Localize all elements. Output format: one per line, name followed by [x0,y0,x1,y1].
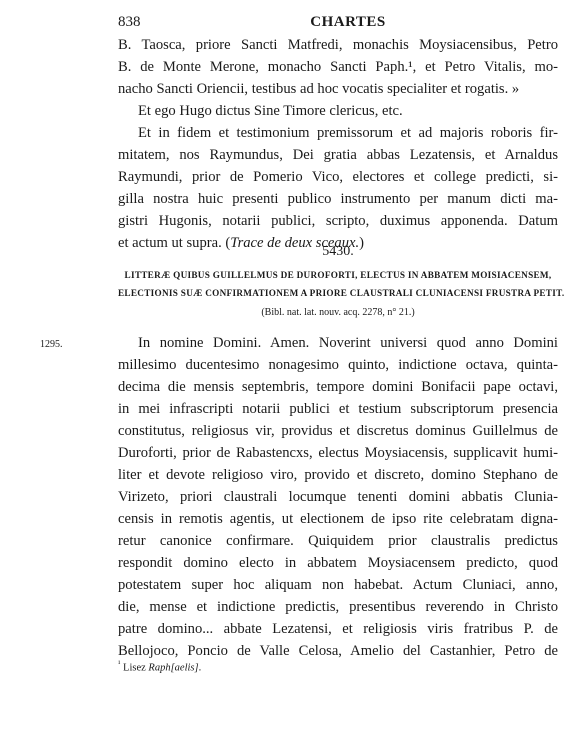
text-line: millesimo ducentesimo nonagesimo quinto,… [118,354,558,376]
text-line: Et in fidem et testimonium premissorum e… [118,122,558,144]
charter-body: In nomine Domini. Amen. Noverint univers… [118,332,558,662]
text-line: potestatem super hoc aliquam non habebat… [118,574,558,596]
document-title-line2: ELECTIONIS SUÆ CONFIRMATIONEM A PRIORE C… [118,288,558,298]
text-line: B. Taosca, priore Sancti Matfredi, monac… [118,34,558,56]
text-line: patre domino... abbate Lezatensi, et rel… [118,618,558,640]
preceding-charter-end: B. Taosca, priore Sancti Matfredi, monac… [118,34,558,254]
text-line: constitutus, religiosus vir, providus et… [118,420,558,442]
text-line: In nomine Domini. Amen. Noverint univers… [118,332,558,354]
scanned-page: 838 CHARTES B. Taosca, priore Sancti Mat… [0,0,580,745]
running-title: CHARTES [258,14,438,31]
page-header: 838 CHARTES [118,14,558,34]
document-title-line1: LITTERÆ QUIBUS GUILLELMUS DE DUROFORTI, … [118,270,558,280]
text-line: retur canonice confirmare. Quiquidem pri… [118,530,558,552]
footnote-text: Lisez [123,663,148,674]
text-line: nacho Sancti Oriencii, testibus ad hoc v… [118,78,558,100]
footnote-italic: Raph[aelis] [148,663,198,674]
footnote-marker: ¹ [118,659,120,668]
text-line: Virizeto, priori claustrali locumque ten… [118,486,558,508]
text-line: mitatem, nos Raymundus, Dei gratia abbas… [118,144,558,166]
text-line: B. de Monte Merone, monacho Sancti Paph.… [118,56,558,78]
text-line: die, mense et indictione predictis, pres… [118,596,558,618]
text-line: Raymundi, prior de Pomerio Vico, elector… [118,166,558,188]
document-number: 5430. [118,244,558,260]
text-line: Et ego Hugo dictus Sine Timore clericus,… [118,100,558,122]
footnote: ¹ Lisez Raph[aelis]. [118,659,201,674]
text-line: liter et devote religioso viro, provido … [118,464,558,486]
text-line: Duroforti, prior de Rabastencxs, electus… [118,442,558,464]
text-line: gistri Hugonis, notarii publici, scripto… [118,210,558,232]
text-line: decima die mensis septembris, tempore do… [118,376,558,398]
text-line: censis in remotis agentis, ut electionem… [118,508,558,530]
text-line: respondit domino electo in abbatem Moysi… [118,552,558,574]
margin-date: 1295. [40,339,63,350]
text-line: in mei infrascripti notarii publici et t… [118,398,558,420]
page-number: 838 [118,14,141,31]
source-reference: (Bibl. nat. lat. nouv. acq. 2278, n° 21.… [118,307,558,318]
text-line: gilla nostra huic presenti publico instr… [118,188,558,210]
footnote-end: . [199,663,202,674]
